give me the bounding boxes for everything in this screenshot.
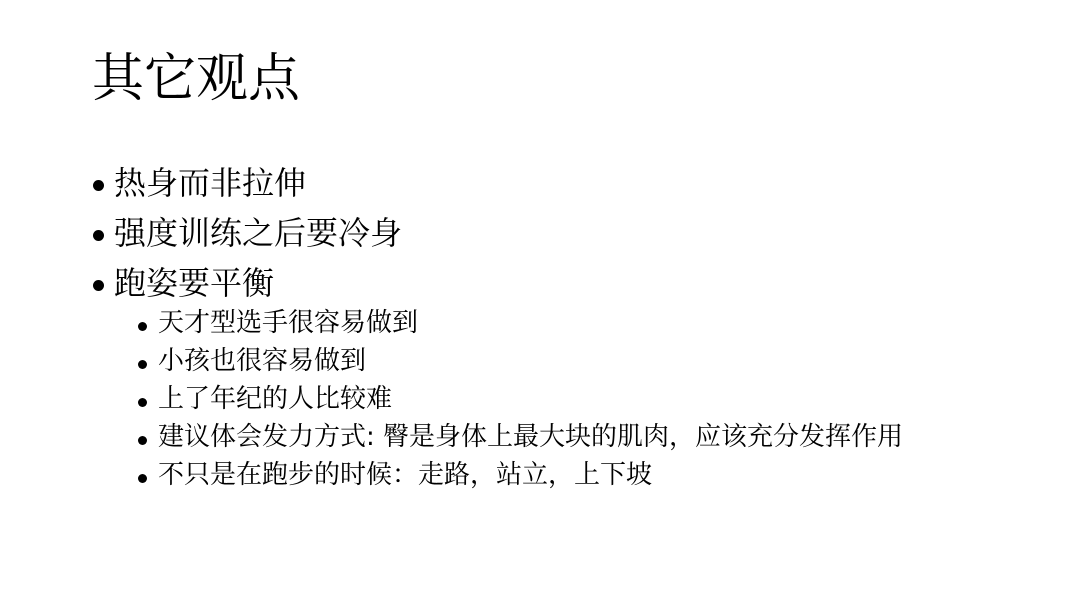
sub-bullet-text: 上了年纪的人比较难 (158, 384, 392, 414)
bullet-item: 强度训练之后要冷身 (90, 208, 857, 258)
sub-bullet-list: 天才型选手很容易做到 小孩也很容易做到 上了年纪的人比较难 建议体会发力方式: … (136, 304, 903, 494)
sub-bullet-icon (138, 398, 147, 407)
sub-bullet-icon (138, 360, 147, 369)
slide: 其它观点 热身而非拉伸 强度训练之后要冷身 跑姿要平衡 天才型选手很容易做到 小… (0, 0, 1080, 597)
sub-bullet-text: 不只是在跑步的时候：走路，站立，上下坡 (158, 460, 652, 490)
sub-bullet-text: 建议体会发力方式: 臀是身体上最大块的肌肉，应该充分发挥作用 (158, 422, 903, 452)
sub-bullet-item: 不只是在跑步的时候：走路，站立，上下坡 (136, 456, 903, 494)
sub-bullet-icon (138, 474, 147, 483)
bullet-text: 热身而非拉伸 (114, 164, 306, 202)
bullet-item: 热身而非拉伸 (90, 158, 857, 208)
sub-bullet-icon (138, 322, 147, 331)
sub-bullet-item: 建议体会发力方式: 臀是身体上最大块的肌肉，应该充分发挥作用 (136, 418, 903, 456)
bullet-item: 跑姿要平衡 (90, 258, 857, 308)
sub-bullet-container: 天才型选手很容易做到 小孩也很容易做到 上了年纪的人比较难 建议体会发力方式: … (90, 308, 857, 498)
sub-bullet-icon (138, 436, 147, 445)
sub-bullet-item: 天才型选手很容易做到 (136, 304, 903, 342)
bullet-icon (93, 180, 104, 191)
bullet-text: 跑姿要平衡 (114, 264, 274, 302)
sub-bullet-text: 小孩也很容易做到 (158, 346, 366, 376)
bullet-icon (93, 280, 104, 291)
bullet-text: 强度训练之后要冷身 (114, 214, 402, 252)
sub-bullet-item: 上了年纪的人比较难 (136, 380, 903, 418)
bullet-list: 热身而非拉伸 强度训练之后要冷身 跑姿要平衡 天才型选手很容易做到 小孩也很容易… (90, 158, 857, 498)
bullet-icon (93, 230, 104, 241)
sub-bullet-text: 天才型选手很容易做到 (158, 308, 418, 338)
slide-title: 其它观点 (92, 44, 300, 114)
sub-bullet-item: 小孩也很容易做到 (136, 342, 903, 380)
